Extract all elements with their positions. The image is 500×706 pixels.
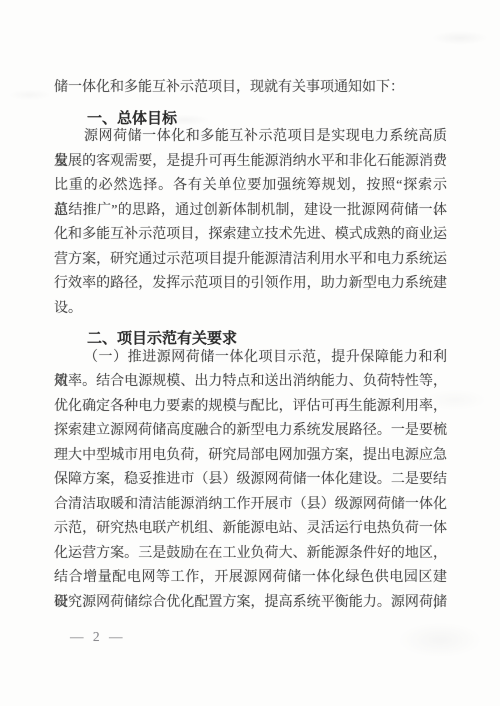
- text-line: 行效率的路径，发挥示范项目的引领作用，助力新型电力系统建: [54, 272, 447, 297]
- text-line: 合清洁取暖和清洁能源消纳工作开展市（县）级源网荷储一体化: [54, 493, 447, 518]
- text-line: 结合增量配电网等工作，开展源网荷储一体化绿色供电园区建设，: [54, 566, 447, 591]
- text-line: 营方案，研究通过示范项目提升能源清洁利用水平和电力系统运: [54, 248, 447, 273]
- text-line: 总结推广”的思路，通过创新体制机制，建设一批源网荷储一体: [54, 199, 447, 224]
- text-line: 示范，研究热电联产机组、新能源电站、灵活运行电热负荷一体: [54, 517, 447, 542]
- document-body: 储一体化和多能互补示范项目，现就有关事项通知如下： 一、总体目标 源网荷储一体化…: [54, 76, 447, 615]
- page-number: — 2 —: [70, 629, 126, 645]
- text-line: 效率。结合电源规模、出力特点和送出消纳能力、负荷特性等，: [54, 370, 447, 395]
- text-line: 探索建立源网荷储高度融合的新型电力系统发展路径。一是要梳: [54, 419, 447, 444]
- scanned-document-page: 储一体化和多能互补示范项目，现就有关事项通知如下： 一、总体目标 源网荷储一体化…: [0, 0, 500, 706]
- text-line: 保障方案，稳妥推进市（县）级源网荷储一体化建设。二是要结: [54, 468, 447, 493]
- text-line: 研究源网荷储综合优化配置方案，提高系统平衡能力。源网荷储: [54, 591, 447, 616]
- text-line: 比重的必然选择。各有关单位要加强统筹规划，按照“探索示范、: [54, 174, 447, 199]
- text-line: 化和多能互补示范项目，探索建立技术先进、模式成熟的商业运: [54, 223, 447, 248]
- text-line: 设。: [54, 297, 447, 322]
- text-line: 理大中型城市用电负荷，研究局部电网加强方案，提出电源应急: [54, 444, 447, 469]
- text-line: 发展的客观需要，是提升可再生能源消纳水平和非化石能源消费: [54, 150, 447, 175]
- section-heading-project-requirements: 二、项目示范有关要求: [54, 327, 447, 352]
- section-heading-overall-goals: 一、总体目标: [54, 107, 447, 132]
- text-line: 优化确定各种电力要素的规模与配比，评估可再生能源利用率，: [54, 395, 447, 420]
- text-line: 储一体化和多能互补示范项目，现就有关事项通知如下：: [54, 76, 447, 101]
- text-line: 化运营方案。三是鼓励在在工业负荷大、新能源条件好的地区，: [54, 542, 447, 567]
